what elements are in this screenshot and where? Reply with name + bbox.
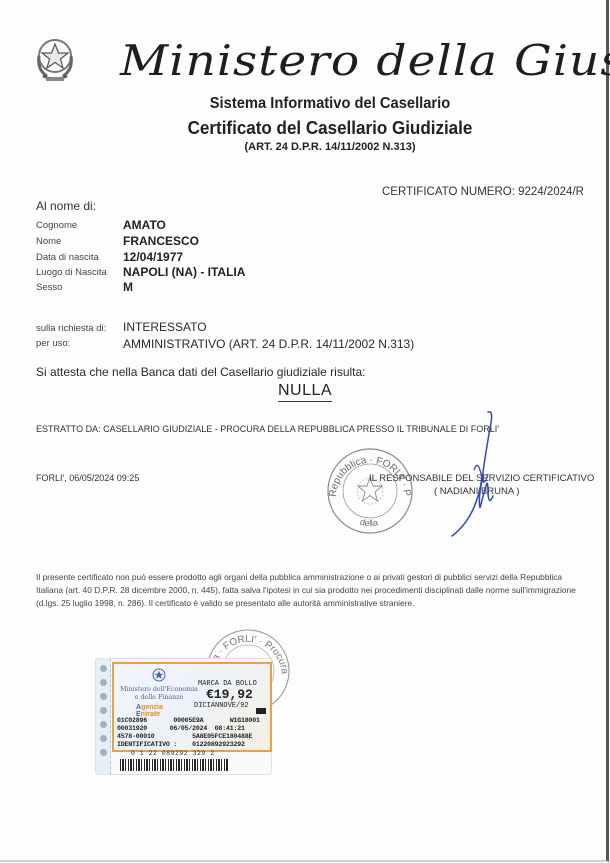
result-value: NULLA xyxy=(278,382,332,402)
stamp-agency-logo: Agenzia Entrate xyxy=(136,704,163,718)
sex-value: M xyxy=(123,280,133,294)
name-label: Nome xyxy=(36,236,61,247)
birthdate-value: 12/04/1977 xyxy=(123,250,183,264)
use-value: AMMINISTRATIVO (ART. 24 D.P.R. 14/11/200… xyxy=(123,337,414,351)
svg-text:Repubblica · FORLI' · Procura: Repubblica · FORLI' · Procura xyxy=(323,439,412,497)
use-label: per uso: xyxy=(36,338,70,349)
svg-text:della: della xyxy=(359,517,379,529)
stamp-hologram-mark xyxy=(256,708,266,714)
name-value: FRANCESCO xyxy=(123,234,199,248)
birthdate-label: Data di nascita xyxy=(36,252,99,263)
stamp-code-row: 01C02896 00005E9A W1G18001 xyxy=(117,717,260,724)
stamp-code-row: 4578-00010 5A8E05FCE180488E xyxy=(117,733,252,740)
stamp-agency-line1: genzia xyxy=(141,704,163,711)
subject-heading: Al nome di: xyxy=(36,199,96,213)
legal-reference: (ART. 24 D.P.R. 14/11/2002 N.313) xyxy=(0,141,610,153)
birthplace-value: NAPOLI (NA) - ITALIA xyxy=(123,265,245,279)
stamp-issuer-line2: e delle Finanze xyxy=(120,694,198,702)
stamp-amount: €19,92 xyxy=(206,687,253,702)
surname-value: AMATO xyxy=(123,218,166,232)
attestation-statement: Si attesta che nella Banca dati del Case… xyxy=(36,365,366,379)
stamp-code-row: 00031920 06/05/2024 08:41:21 xyxy=(117,725,245,732)
italian-republic-emblem-icon xyxy=(33,34,77,84)
document-title: Certificato del Casellario Giudiziale xyxy=(26,117,610,139)
birthplace-label: Luogo di Nascita xyxy=(36,267,107,278)
stamp-amount-words: DICIANNOVE/92 xyxy=(194,702,249,710)
official-seal-icon: Repubblica · FORLI' · Procura della xyxy=(326,447,414,535)
surname-label: Cognome xyxy=(36,220,77,231)
stamp-barcode xyxy=(120,759,228,771)
system-name: Sistema Informativo del Casellario xyxy=(26,95,610,113)
stamp-issuer-line1: Ministero dell'Economia xyxy=(120,686,198,694)
stamp-perforated-strip xyxy=(96,659,111,774)
stamp-emblem-icon xyxy=(152,668,166,682)
certificate-page: Ministero della Giustizia Sistema Inform… xyxy=(0,0,609,862)
place-date: FORLI', 06/05/2024 09:25 xyxy=(36,473,139,483)
extract-source: ESTRATTO DA: CASELLARIO GIUDIZIALE - PRO… xyxy=(36,424,499,434)
stamp-identifier: IDENTIFICATIVO : 01220892923292 xyxy=(117,741,245,748)
requested-by-value: INTERESSATO xyxy=(123,320,207,334)
legal-disclaimer: Il presente certificato non può essere p… xyxy=(36,571,576,610)
signature-icon xyxy=(448,408,498,540)
sex-label: Sesso xyxy=(36,282,62,293)
revenue-stamp: Ministero dell'Economia e delle Finanze … xyxy=(95,658,272,775)
stamp-issuer: Ministero dell'Economia e delle Finanze xyxy=(120,686,198,702)
stamp-body: Ministero dell'Economia e delle Finanze … xyxy=(112,662,272,752)
ministry-name: Ministero della Giustizia xyxy=(120,36,610,85)
stamp-barcode-number: 0 1 22 089292 329 2 xyxy=(131,750,215,757)
certificate-number: CERTIFICATO NUMERO: 9224/2024/R xyxy=(382,186,584,198)
requested-by-label: sulla richiesta di: xyxy=(36,323,106,334)
